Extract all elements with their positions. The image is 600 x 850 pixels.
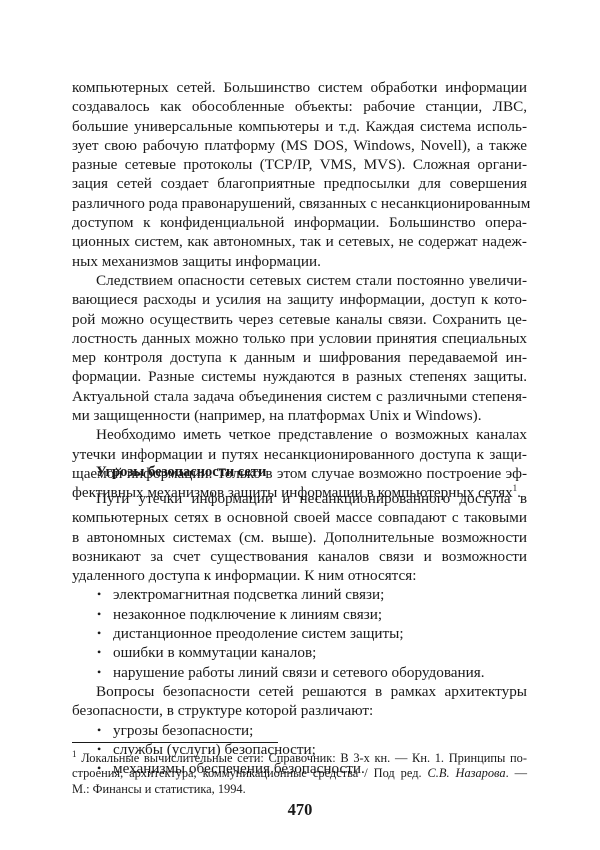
text-line: вающиеся расходы и усилия на защиту инфо… (72, 290, 527, 309)
list-item-text: незаконное подключение к линиям связи; (113, 606, 382, 623)
list-item-text: угрозы безопасности; (113, 722, 253, 739)
page-number: 470 (0, 800, 600, 820)
paragraph-1: компьютерных сетей. Большинство систем о… (72, 78, 527, 271)
text-line: формации. Разные системы нуждаются в раз… (72, 367, 527, 386)
bullet-icon: • (97, 624, 101, 643)
footnote-line: строения, архитектура, коммуникационные … (72, 766, 527, 781)
text-line: утечки информации и путях несанкциониров… (72, 445, 527, 464)
list-item: •незаконное подключение к линиям связи; (72, 605, 527, 624)
bullet-icon: • (97, 585, 101, 604)
text-line: различного рода правонарушений, связанны… (72, 194, 527, 213)
list-item: •дистанционное преодоление систем защиты… (72, 624, 527, 643)
list-item: •ошибки в коммутации каналов; (72, 643, 527, 662)
footnote-line: 1 Локальные вычислительные сети: Справоч… (72, 751, 527, 766)
text-line: доступом к конфиденциальной информации. … (72, 213, 527, 232)
text-line: зует свою рабочую платформу (MS DOS, Win… (72, 136, 527, 155)
footnote: 1 Локальные вычислительные сети: Справоч… (72, 751, 527, 797)
text-line: Необходимо иметь четкое представление о … (72, 425, 527, 444)
text-line: Вопросы безопасности сетей решаются в ра… (72, 682, 527, 701)
page-body: компьютерных сетей. Большинство систем о… (72, 78, 527, 503)
bullet-icon: • (97, 643, 101, 662)
footnote-text: строения, архитектура, коммуникационные … (72, 766, 428, 780)
text-line: компьютерных сетях в основной своей масс… (72, 508, 527, 527)
section-threats: Пути утечки информации и несанкционирова… (72, 489, 527, 778)
text-line: в автономных системах (см. выше). Дополн… (72, 528, 527, 547)
text-line: безопасности, в структуре которой различ… (72, 701, 527, 720)
text-line: ми защищенности (например, на платформах… (72, 406, 527, 425)
bullet-icon: • (97, 721, 101, 740)
section-heading: Угрозы безопасности сети (72, 463, 266, 482)
text-line: компьютерных сетей. Большинство систем о… (72, 78, 527, 97)
text-line: Актуальной стала задача объединения сист… (72, 387, 527, 406)
text-line: мер контроля доступа к данным и шифрован… (72, 348, 527, 367)
bullet-icon: • (97, 663, 101, 682)
footnote-editor: С.В. Назарова (428, 766, 506, 780)
text-line: ционных систем, как автономных, так и се… (72, 232, 527, 251)
footnote-text: . — (506, 766, 527, 780)
paragraph-4: Пути утечки информации и несанкционирова… (72, 489, 527, 585)
list-item: •электромагнитная подсветка линий связи; (72, 585, 527, 604)
footnote-marker: 1 (72, 749, 77, 759)
list-item-text: ошибки в коммутации каналов; (113, 644, 316, 661)
text-line: лостность данных можно только при услови… (72, 329, 527, 348)
list-item-text: электромагнитная подсветка линий связи; (113, 586, 384, 603)
list-item: •нарушение работы линий связи и сетевого… (72, 663, 527, 682)
bullet-icon: • (97, 605, 101, 624)
leak-channels-list: •электромагнитная подсветка линий связи;… (72, 585, 527, 681)
text-line: ных механизмов защиты информации. (72, 252, 527, 271)
text-line: разные сетевые протоколы (TCP/IP, VMS, M… (72, 155, 527, 174)
text-line: большие универсальные компьютеры и т.д. … (72, 117, 527, 136)
text-line: Следствием опасности сетевых систем стал… (72, 271, 527, 290)
list-item-text: дистанционное преодоление систем защиты; (113, 625, 404, 642)
text-line: рой можно осуществить через сетевые кана… (72, 310, 527, 329)
footnote-line: М.: Финансы и статистика, 1994. (72, 782, 527, 797)
footnote-divider (72, 742, 278, 743)
text-line: удаленного доступа к информации. К ним о… (72, 566, 527, 585)
footnote-text: Локальные вычислительные сети: Справочни… (81, 751, 527, 765)
text-line: зация сетей создает благоприятные предпо… (72, 174, 527, 193)
text-line: Пути утечки информации и несанкционирова… (72, 489, 527, 508)
paragraph-2: Следствием опасности сетевых систем стал… (72, 271, 527, 425)
paragraph-5: Вопросы безопасности сетей решаются в ра… (72, 682, 527, 721)
text-line: создавалось как обособленные объекты: ра… (72, 97, 527, 116)
text-line: возникают за счет существования каналов … (72, 547, 527, 566)
list-item-text: нарушение работы линий связи и сетевого … (113, 664, 485, 681)
list-item: •угрозы безопасности; (72, 721, 527, 740)
